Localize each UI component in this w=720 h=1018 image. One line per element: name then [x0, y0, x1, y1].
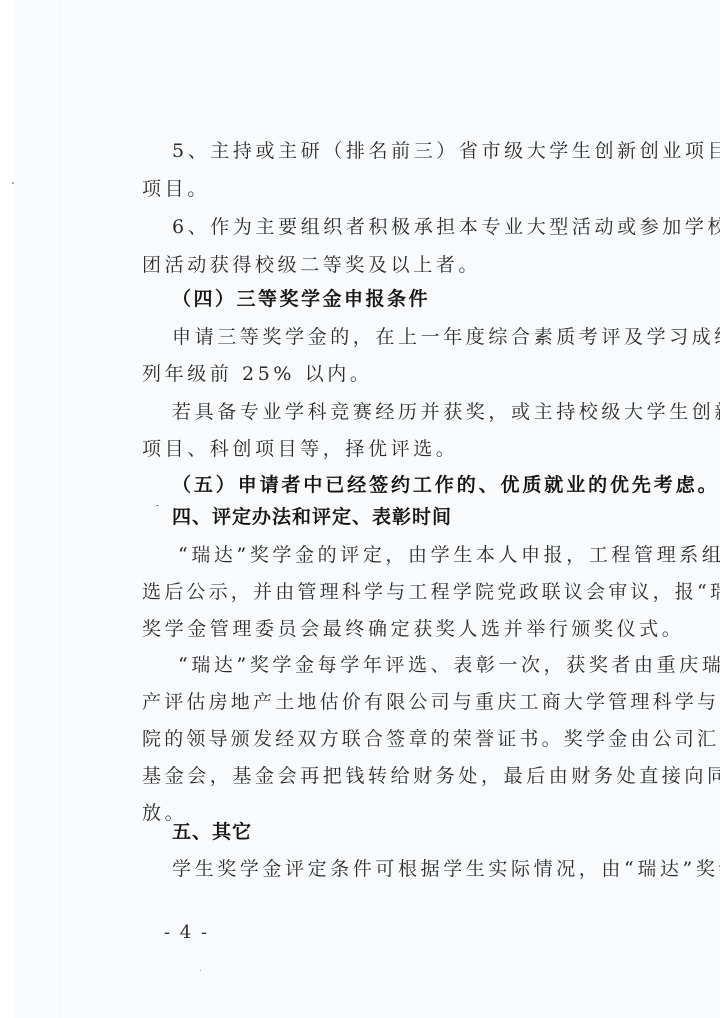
section-heading-evaluation: 四、评定办法和评定、表彰时间	[172, 502, 452, 529]
body-line-evaluation-1-cont: 选后公示，并由管理科学与工程学院党政联议会审议，报“瑞达”	[142, 577, 720, 604]
body-line-third-prize-1-cont: 列年级前 25% 以内。	[142, 359, 373, 386]
scan-speck	[156, 505, 159, 506]
scan-fold-line	[60, 0, 62, 1018]
scan-speck	[12, 182, 14, 184]
body-line-item6: 6、作为主要组织者积极承担本专业大型活动或参加学校组织社	[172, 212, 720, 239]
document-page: 5、主持或主研（排名前三）省市级大学生创新创业项目或科创 项目。 6、作为主要组…	[0, 0, 720, 1018]
body-line-item5: 5、主持或主研（排名前三）省市级大学生创新创业项目或科创	[172, 136, 720, 163]
body-line-evaluation-2: “瑞达”奖学金每学年评选、表彰一次，获奖者由重庆瑞达资	[178, 650, 720, 677]
body-line-evaluation-1-cont2: 奖学金管理委员会最终确定获奖人选并举行颁奖仪式。	[142, 614, 684, 641]
page-number: - 4 -	[164, 922, 209, 943]
body-line-third-prize-2-cont: 项目、科创项目等，择优评选。	[142, 434, 458, 461]
subheading-third-prize: （四）三等奖学金申报条件	[172, 284, 430, 311]
body-line-evaluation-2-cont3: 基金会，基金会再把钱转给财务处，最后由财务处直接向同学发	[142, 761, 720, 788]
body-line-evaluation-2-cont2: 院的领导颁发经双方联合签章的荣誉证书。奖学金由公司汇给学校	[142, 724, 720, 751]
section-heading-other: 五、其它	[172, 817, 252, 844]
subheading-priority: （五）申请者中已经签约工作的、优质就业的优先考虑。	[172, 470, 720, 497]
body-line-third-prize-2: 若具备专业学科竞赛经历并获奖，或主持校级大学生创新创业	[172, 397, 720, 424]
body-line-item5-cont: 项目。	[142, 174, 210, 201]
scan-speck	[200, 970, 201, 971]
body-line-third-prize-1: 申请三等奖学金的，在上一年度综合素质考评及学习成绩排名	[172, 322, 720, 349]
body-line-item6-cont: 团活动获得校级二等奖及以上者。	[142, 250, 481, 277]
body-line-evaluation-2-cont: 产评估房地产土地估价有限公司与重庆工商大学管理科学与工程学	[142, 687, 720, 714]
body-line-evaluation-1: “瑞达”奖学金的评定，由学生本人申报，工程管理系组织评	[178, 540, 720, 567]
body-line-other-1: 学生奖学金评定条件可根据学生实际情况，由“瑞达”奖学金	[172, 854, 720, 881]
